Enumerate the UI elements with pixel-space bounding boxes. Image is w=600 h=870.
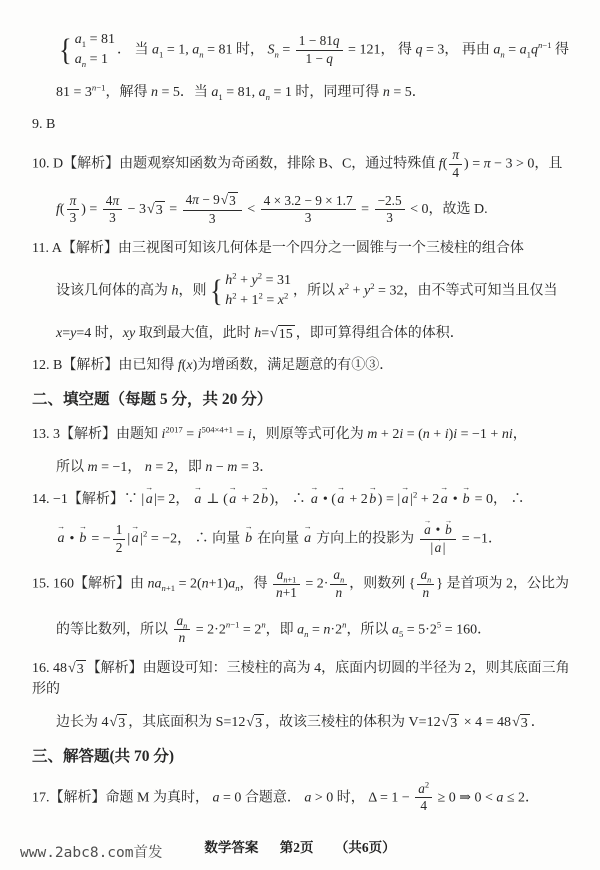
square-root: √3 (147, 201, 165, 220)
math-var: a (496, 790, 503, 805)
superscript: 2017 (165, 424, 182, 434)
square-root: √3 (512, 714, 530, 733)
text-line: 的等比数列，所以 ann = 2·2n−1 = 2n，即 an = n·2n，所… (56, 613, 576, 647)
text-line: 12. B【解析】由已知得 f(x)为增函数，满足题意的有①③． (32, 355, 576, 377)
subscript: n (275, 49, 279, 59)
vector: a (56, 528, 66, 550)
math-var: i (453, 427, 457, 442)
math-var: n (342, 619, 346, 629)
fraction: 1 − 81q1 − q (296, 33, 343, 67)
math-var: q (333, 33, 340, 48)
fraction: 4 × 3.2 − 9 × 1.73 (261, 193, 356, 227)
math-var: n (179, 630, 186, 645)
square-root: √3 (221, 192, 238, 210)
vector: a (336, 489, 346, 511)
superscript: n (261, 619, 265, 629)
math-var: n (183, 621, 187, 630)
vector: a (228, 489, 238, 511)
math-var: n (502, 427, 509, 442)
math-var: n (276, 585, 283, 600)
answer-lines: {a1 = 81an = 1． 当 a1 = 1, an = 81 时， Sn … (32, 30, 576, 815)
fraction: a • b|a| (420, 522, 457, 556)
vector: a (433, 540, 443, 557)
vector: a (309, 489, 319, 511)
text-line: {a1 = 81an = 1． 当 a1 = 1, an = 81 时， Sn … (56, 30, 576, 71)
superscript: n (342, 619, 346, 629)
superscript: 2 (370, 281, 374, 291)
math-var: n (423, 585, 430, 600)
math-var: n (151, 85, 158, 100)
math-var: a (392, 622, 399, 637)
fraction: 12 (113, 522, 126, 556)
subscript: n (266, 91, 270, 101)
math-var: a (418, 781, 425, 796)
math-var: n (304, 629, 308, 639)
page-footer: 数学答案 第2页 （共6页） (0, 836, 600, 856)
math-var: n (162, 583, 166, 593)
text-line: 9. B (32, 114, 576, 136)
fraction: ann (330, 567, 347, 601)
math-var: π (70, 193, 77, 208)
vector: b (244, 528, 254, 550)
text-line: 边长为 4√3，其底面积为 S=12√3，故该三棱柱的体积为 V=12√3 × … (56, 712, 576, 734)
superscript: n−1 (226, 619, 240, 629)
math-var: i (399, 427, 403, 442)
fraction: π4 (449, 147, 462, 181)
text-line: f(π3) = 4π3 − 3√3 = 4π − 9√33 < 4 × 3.2 … (56, 192, 576, 227)
superscript: 2 (425, 780, 429, 789)
subscript: n (340, 576, 344, 585)
math-var: m (367, 427, 377, 442)
superscript: 5 (437, 619, 441, 629)
math-var: n (261, 619, 265, 629)
subscript: n (304, 629, 308, 639)
fraction: ann (174, 613, 191, 647)
math-var: n (199, 49, 203, 59)
math-var: a (520, 43, 527, 58)
text-line: 81 = 3n−1，解得 n = 5．当 a1 = 81, an = 1 时，同… (56, 82, 576, 104)
vector: a (303, 528, 313, 550)
math-var: a (75, 52, 82, 67)
superscript: 504×4+1 (202, 424, 233, 434)
fraction: 4π − 9√33 (183, 192, 242, 227)
vector: a (130, 528, 140, 550)
vector: a (400, 489, 410, 511)
subscript: n (427, 576, 431, 585)
vector: a (144, 489, 154, 511)
math-var: i (509, 427, 513, 442)
subscript: 1 (82, 39, 86, 49)
math-var: i (248, 427, 252, 442)
math-var: π (452, 147, 459, 162)
math-var: n (266, 91, 270, 101)
math-var: n (283, 576, 287, 585)
subscript: n (82, 59, 86, 69)
square-root: √3 (246, 714, 264, 733)
math-var: q (531, 43, 538, 58)
math-var: n (202, 577, 209, 592)
math-var: a (75, 32, 82, 47)
math-var: f (56, 202, 60, 217)
superscript: 2 (258, 270, 262, 280)
math-var: S (268, 43, 275, 58)
text-line: 16. 48√3【解析】由题设可知：三棱柱的高为 4，底面内切圆的半径为 2，则… (32, 658, 576, 701)
math-var: a (259, 85, 266, 100)
math-var: i (445, 427, 449, 442)
subscript: 1 (159, 49, 163, 59)
superscript: 2 (232, 291, 236, 301)
math-var: n (235, 583, 239, 593)
math-var: a (304, 790, 311, 805)
subscript: n (235, 583, 239, 593)
footer-total-pages: （共6页） (335, 840, 396, 855)
footer-doc-title: 数学答案 (204, 840, 258, 855)
section-heading: 二、填空题（每题 5 分，共 20 分） (32, 388, 576, 412)
superscript: 2 (284, 291, 288, 301)
math-var: π (192, 192, 199, 207)
math-var: f (178, 358, 182, 373)
math-var: a (212, 790, 219, 805)
subscript: n+1 (283, 576, 296, 585)
fraction: −2.53 (375, 193, 405, 227)
fraction: π3 (67, 193, 80, 227)
vector: a (439, 489, 449, 511)
vector: a (423, 522, 433, 539)
superscript: n−1 (538, 40, 552, 50)
text-line: 设该几何体的高为 h，则{h2 + y2 = 31h2 + 12 = x2，所以… (56, 271, 576, 312)
math-var: n (500, 49, 504, 59)
math-var: x (56, 326, 62, 341)
subscript: n (500, 49, 504, 59)
math-var: n (423, 427, 430, 442)
vector: b (444, 522, 454, 539)
vector: b (368, 489, 378, 511)
square-root: √15 (270, 325, 295, 344)
section-heading: 三、解答题(共 70 分) (32, 745, 576, 769)
vector: b (78, 528, 88, 550)
subscript: 1 (218, 91, 222, 101)
superscript: 2 (345, 281, 349, 291)
math-var: π (112, 193, 119, 208)
superscript: 2 (413, 490, 417, 500)
superscript: 2 (259, 291, 263, 301)
math-var: h (172, 284, 179, 299)
fraction: a24 (415, 781, 432, 815)
subscript: 5 (399, 629, 403, 639)
math-var: q (415, 43, 422, 58)
text-line: x=y=4 时，xy 取到最大值，此时 h=√15，即可算得组合体的体积． (56, 323, 576, 345)
math-var: n (148, 577, 155, 592)
math-var: n (323, 622, 330, 637)
square-root: √3 (442, 714, 460, 733)
square-root: √3 (110, 714, 128, 733)
math-var: f (439, 156, 443, 171)
vector: b (260, 489, 270, 511)
vector: b (461, 489, 471, 511)
text-line: 17.【解析】命题 M 为真时， a = 0 合题意． a > 0 时， Δ =… (32, 781, 576, 815)
text-line: 所以 m = −1， n = 2，即 n − m = 3． (56, 457, 576, 479)
footer-page-number: 第2页 (280, 840, 314, 855)
math-var: xy (123, 326, 135, 341)
superscript: 2 (143, 529, 147, 539)
text-line: 11. A【解析】由三视图可知该几何体是一个四分之一圆锥与一个三棱柱的组合体 (32, 238, 576, 260)
superscript: 2 (232, 270, 236, 280)
math-var: n (427, 576, 431, 585)
math-var: a (152, 43, 159, 58)
vector: a (193, 489, 203, 511)
math-var: n (205, 460, 212, 475)
square-root: √3 (68, 660, 86, 679)
math-var: x (186, 358, 192, 373)
text-line: 14. −1【解析】∵ |a|= 2， a ⊥ (a + 2b)， ∴ a • … (32, 489, 576, 511)
math-var: m (88, 460, 98, 475)
math-var: n (145, 460, 152, 475)
math-var: n (383, 85, 390, 100)
math-var: y (70, 326, 76, 341)
cases-brace: {a1 = 81an = 1 (58, 30, 115, 71)
cases-brace: {h2 + y2 = 31h2 + 12 = x2 (209, 271, 292, 312)
subscript: n+1 (162, 583, 176, 593)
math-var: n (226, 619, 230, 629)
text-line: a • b = −12|a|2 = −2， ∴ 向量 b 在向量 a 方向上的投… (56, 522, 576, 556)
math-var: n (335, 585, 342, 600)
math-var: m (227, 460, 237, 475)
math-var: q (326, 51, 333, 66)
math-var: n (275, 49, 279, 59)
subscript: n (183, 621, 187, 630)
text-line: 15. 160【解析】由 nan+1 = 2(n+1)an，得 an+1n+1 … (32, 567, 576, 601)
text-line: 13. 3【解析】由题知 i2017 = i504×4+1 = i，则原等式可化… (32, 424, 576, 446)
math-var: n (538, 40, 542, 50)
math-var: n (340, 576, 344, 585)
math-var: n (92, 82, 96, 92)
math-var: a (155, 577, 162, 592)
math-var: n (82, 59, 86, 69)
text-line: 10. D【解析】由题观察知函数为奇函数，排除 B、C，通过特殊值 f(π4) … (32, 147, 576, 181)
fraction: ann (417, 567, 434, 601)
math-var: π (484, 156, 491, 171)
fraction: an+1n+1 (273, 567, 300, 601)
answer-sheet-page: {a1 = 81an = 1． 当 a1 = 1, an = 81 时， Sn … (0, 0, 600, 870)
superscript: n−1 (92, 82, 106, 92)
fraction: 4π3 (103, 193, 122, 227)
subscript: n (199, 49, 203, 59)
math-var: h (254, 326, 261, 341)
